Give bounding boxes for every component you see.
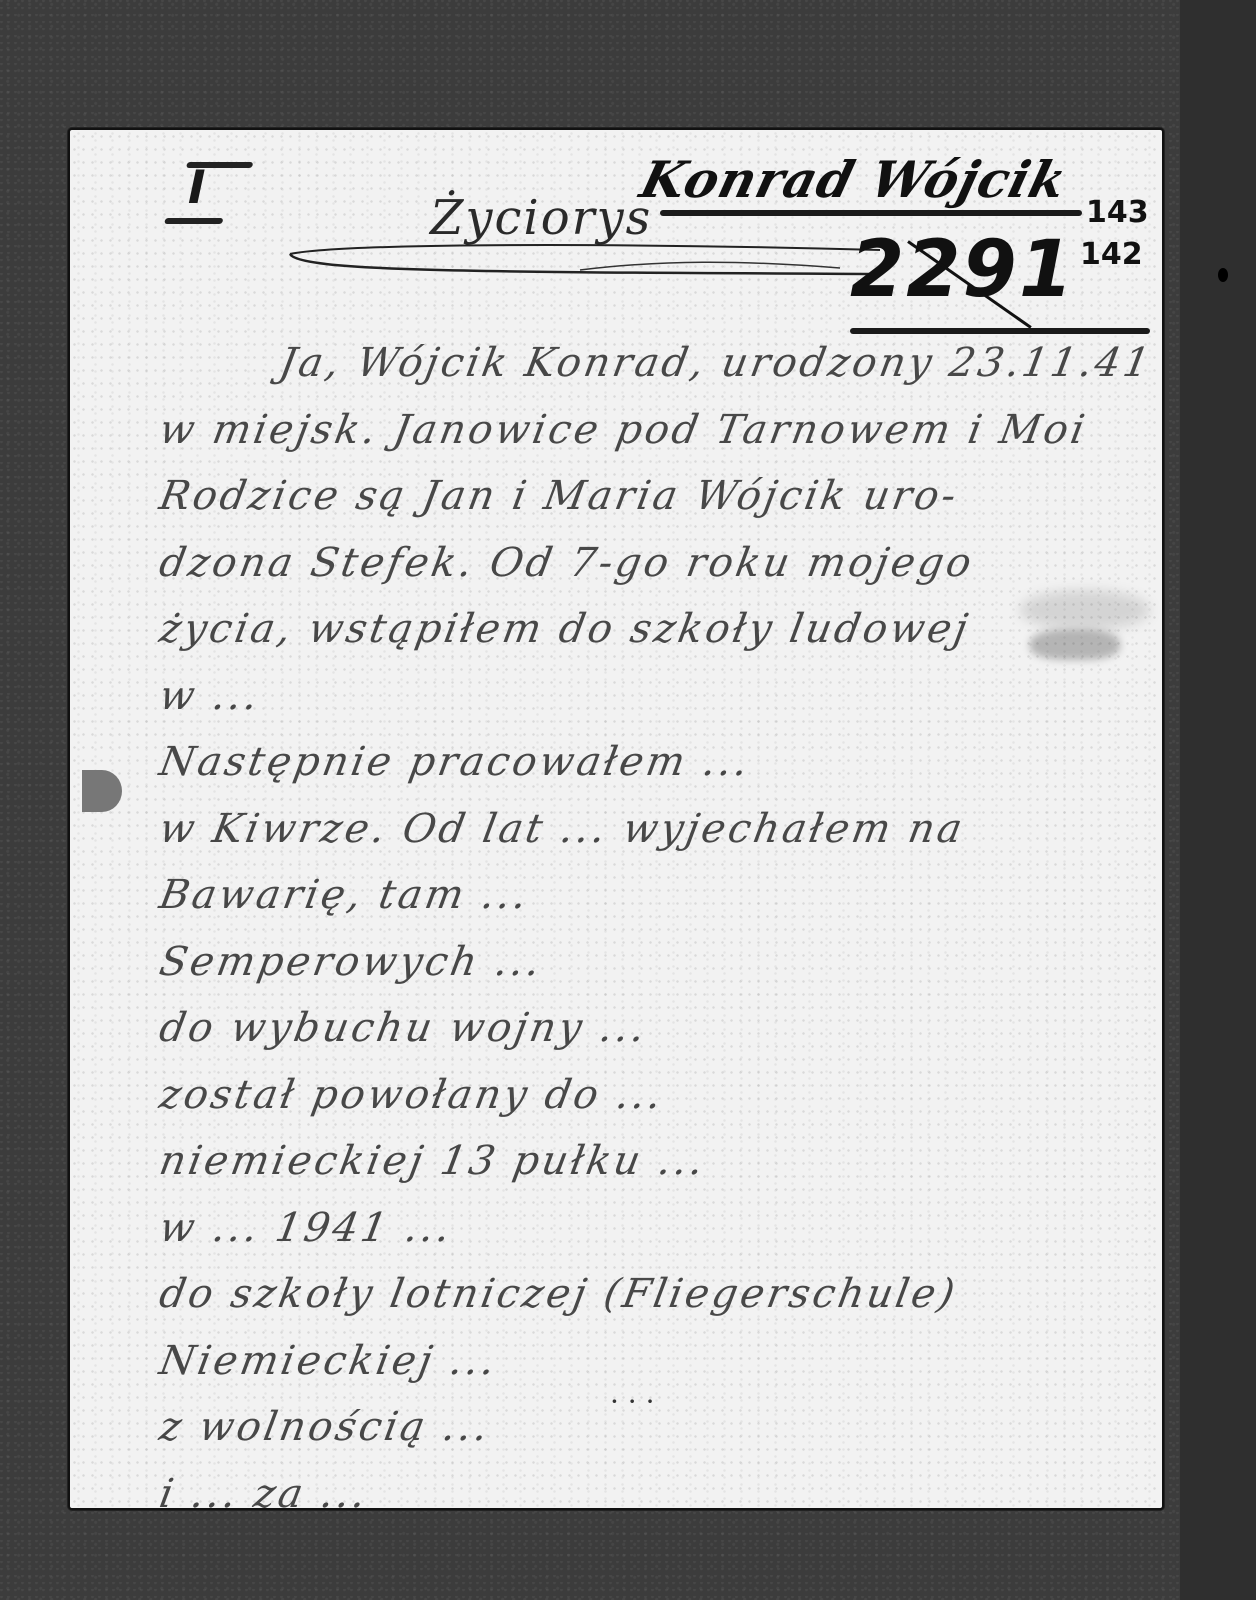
text-line: niemieckiej 13 pułku ... (154, 1128, 1156, 1195)
text-line: życia, wstąpiłem do szkoły ludowej (154, 596, 1156, 663)
text-line: Bawarię, tam ... (154, 862, 1156, 929)
text-line: został powołany do ... (154, 1062, 1156, 1129)
text-line: w miejsk. Janowice pod Tarnowem i Moi (154, 397, 1156, 464)
fraction-top: 143 (1086, 192, 1146, 234)
numeral-bar-top (186, 162, 253, 168)
reference-fraction: 143 142 (1080, 192, 1140, 276)
closing-marks: · · · (610, 1385, 655, 1418)
text-line: z wolnością ... (154, 1394, 1156, 1461)
reference-number: 2291 (850, 225, 1075, 315)
numeral-bar-bottom (164, 218, 223, 224)
handwritten-body: Ja, Wójcik Konrad, urodzony 23.11.41 w m… (160, 330, 1150, 1527)
fraction-bottom: 142 (1080, 234, 1140, 276)
text-line: do wybuchu wojny ... (154, 995, 1156, 1062)
scan-artifact-dot (1218, 268, 1228, 282)
text-line: Semperowych ... (154, 929, 1156, 996)
name-signature: Konrad Wójcik (635, 150, 1073, 209)
text-line: w Kiwrze. Od lat ... wyjechałem na (154, 796, 1156, 863)
text-line: Niemieckiej ... (154, 1328, 1156, 1395)
text-line: Ja, Wójcik Konrad, urodzony 23.11.41 (154, 330, 1156, 397)
name-underline (660, 210, 1082, 216)
text-line: dzona Stefek. Od 7-go roku mojego (154, 530, 1156, 597)
title-flourish-underline (280, 242, 900, 282)
section-numeral-text: I (182, 160, 211, 214)
text-line: i ... za ... (154, 1461, 1156, 1528)
text-line: Następnie pracowałem ... (154, 729, 1156, 796)
text-line: w ... (154, 663, 1156, 730)
text-line: w ... 1941 ... (154, 1195, 1156, 1262)
document-title: Życiorys (430, 190, 652, 246)
document-page: I Życiorys Konrad Wójcik 2291 143 142 Ja… (68, 128, 1164, 1510)
text-line: Rodzice są Jan i Maria Wójcik uro- (154, 463, 1156, 530)
scan-background-edge (1180, 0, 1256, 1600)
paper-stain (82, 770, 122, 812)
section-numeral: I (182, 160, 211, 214)
text-line: do szkoły lotniczej (Fliegerschule) (154, 1261, 1156, 1328)
